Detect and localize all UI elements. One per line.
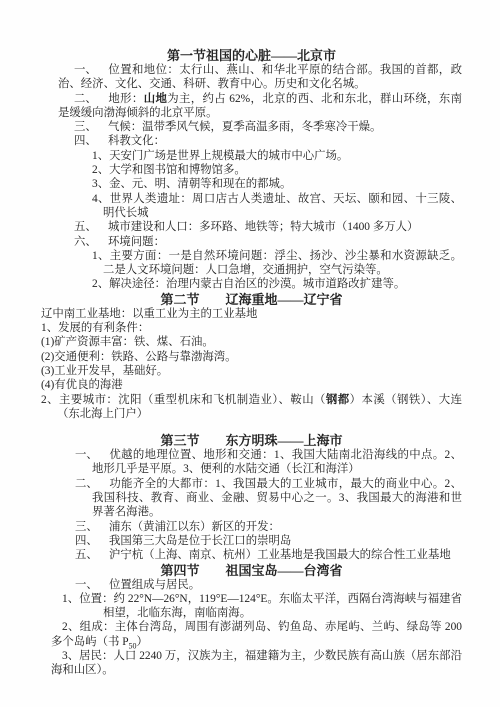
list-item: 四、科教文化： [41, 134, 462, 148]
bold-term: 山地 [144, 93, 168, 105]
list-item: 一、优越的地理位置、地形和交通：1、我国大陆南北沿海线的中点。2、地形几乎是平原… [41, 448, 462, 477]
sub-item: 1、主要方面：一是自然环境问题：浮尘、扬沙、沙尘暴和水资源缺乏。二是人文环境问题… [41, 249, 462, 278]
list-item: 五、沪宁杭（上海、南京、杭州）工业基地是我国最大的综合性工业基地 [41, 548, 462, 562]
item-marker: 二、 [74, 92, 108, 106]
list-item: 一、位置和地位：太行山、燕山、和华北平原的结合部。我国的首都，政治、经济、文化、… [41, 63, 462, 92]
item-text: 气候：温带季风气候，夏季高温多雨，冬季寒冷干燥。 [108, 121, 381, 133]
paragraph: 2、组成：主体台湾岛，周围有澎湖列岛、钓鱼岛、赤尾屿、兰屿、绿岛等 200 多个… [41, 620, 462, 649]
paragraph: 1、位置：约 22°N—26°N，119°E—124°E。东临太平洋，西隔台湾海… [41, 592, 462, 621]
list-item: 一、位置组成与居民。 [41, 578, 462, 592]
item-text: 地形： [108, 93, 144, 105]
paragraph: (3)工业开发早，基础好。 [41, 364, 462, 378]
item-text: 2、主要城市：沈阳（重型机床和飞机制造业）、鞍山（ [41, 394, 326, 406]
section2-heading: 第二节 辽海重地——辽宁省 [41, 292, 462, 307]
item-marker: 六、 [74, 235, 108, 249]
item-text: 位置组成与居民。 [109, 579, 200, 591]
paragraph: 1、发展的有利条件： [41, 321, 462, 335]
document-page: 第一节祖国的心脏——北京市 一、位置和地位：太行山、燕山、和华北平原的结合部。我… [0, 0, 500, 707]
list-item: 二、功能齐全的大都市：1、我国最大的工业城市，最大的商业中心。2、我国科技、教育… [41, 477, 462, 520]
section1-heading: 第一节祖国的心脏——北京市 [41, 48, 462, 63]
item-marker: 三、 [75, 520, 109, 534]
item-marker: 三、 [74, 120, 108, 134]
item-text: ） [137, 636, 148, 648]
item-text: 功能齐全的大都市：1、我国最大的工业城市，最大的商业中心。2、我国科技、教育、商… [92, 478, 462, 519]
item-text: 科教文化： [108, 135, 165, 147]
paragraph: 辽中南工业基地：以重工业为主的工业基地 [41, 307, 462, 321]
sub-item: 2、解决途径：治理内蒙古自治区的沙漠。城市道路改扩建等。 [41, 277, 462, 291]
list-item: 二、地形：山地为主，约占 62%，北京的西、北和东北，群山环绕，东南是缓缓向渤海… [41, 92, 462, 121]
item-text: 优越的地理位置、地形和交通：1、我国大陆南北沿海线的中点。2、地形几乎是平原。3… [92, 449, 462, 475]
bold-term: 钢都 [326, 394, 350, 406]
paragraph: (1)矿产资源丰富：铁、煤、石油。 [41, 335, 462, 349]
item-marker: 一、 [75, 578, 109, 592]
item-text: 浦东（黄浦江以东）新区的开发： [109, 521, 280, 533]
item-text: 我国第三大岛是位于长江口的崇明岛 [109, 535, 291, 547]
list-item: 三、浦东（黄浦江以东）新区的开发： [41, 520, 462, 534]
paragraph: (2)交通便利：铁路、公路与靠渤海湾。 [41, 350, 462, 364]
paragraph: (4)有优良的海港 [41, 378, 462, 392]
item-text: 环境问题： [108, 236, 165, 248]
list-item: 五、城市建设和人口：多环路、地铁等；特大城市（1400 多万人） [41, 220, 462, 234]
item-text: 2、组成：主体台湾岛，周围有澎湖列岛、钓鱼岛、赤尾屿、兰屿、绿岛等 200 多个… [51, 621, 462, 647]
list-item: 三、气候：温带季风气候，夏季高温多雨，冬季寒冷干燥。 [41, 120, 462, 134]
list-item: 四、我国第三大岛是位于长江口的崇明岛 [41, 534, 462, 548]
item-marker: 二、 [75, 477, 109, 491]
item-marker: 四、 [74, 134, 108, 148]
sub-item: 2、大学和图书馆和博物馆多。 [41, 163, 462, 177]
paragraph: 2、主要城市：沈阳（重型机床和飞机制造业）、鞍山（钢都）本溪（钢铁）、大连（东北… [41, 393, 462, 422]
sub-item: 1、天安门广场是世界上规模最大的城市中心广场。 [41, 149, 462, 163]
section3-heading: 第三节 东方明珠——上海市 [41, 433, 462, 448]
item-marker: 五、 [74, 220, 108, 234]
sub-item: 4、世界人类遗址：周口店古人类遗址、故宫、天坛、颐和园、十三陵、明代长城 [41, 192, 462, 221]
item-marker: 四、 [75, 534, 109, 548]
item-marker: 一、 [74, 63, 108, 77]
item-marker: 一、 [75, 448, 109, 462]
item-text: 沪宁杭（上海、南京、杭州）工业基地是我国最大的综合性工业基地 [109, 549, 451, 561]
item-marker: 五、 [75, 548, 109, 562]
section4-heading: 第四节 祖国宝岛——台湾省 [41, 563, 462, 578]
sub-item: 3、金、元、明、清朝等和现在的都城。 [41, 177, 462, 191]
list-item: 六、环境问题： [41, 235, 462, 249]
item-text: 城市建设和人口：多环路、地铁等；特大城市（1400 多万人） [108, 221, 418, 233]
item-text: 位置和地位：太行山、燕山、和华北平原的结合部。我国的首都，政治、经济、文化、交通… [58, 64, 462, 90]
paragraph: 3、居民：人口 2240 万，汉族为主，福建籍为主，少数民族有高山族（居东部沿海… [41, 649, 462, 678]
